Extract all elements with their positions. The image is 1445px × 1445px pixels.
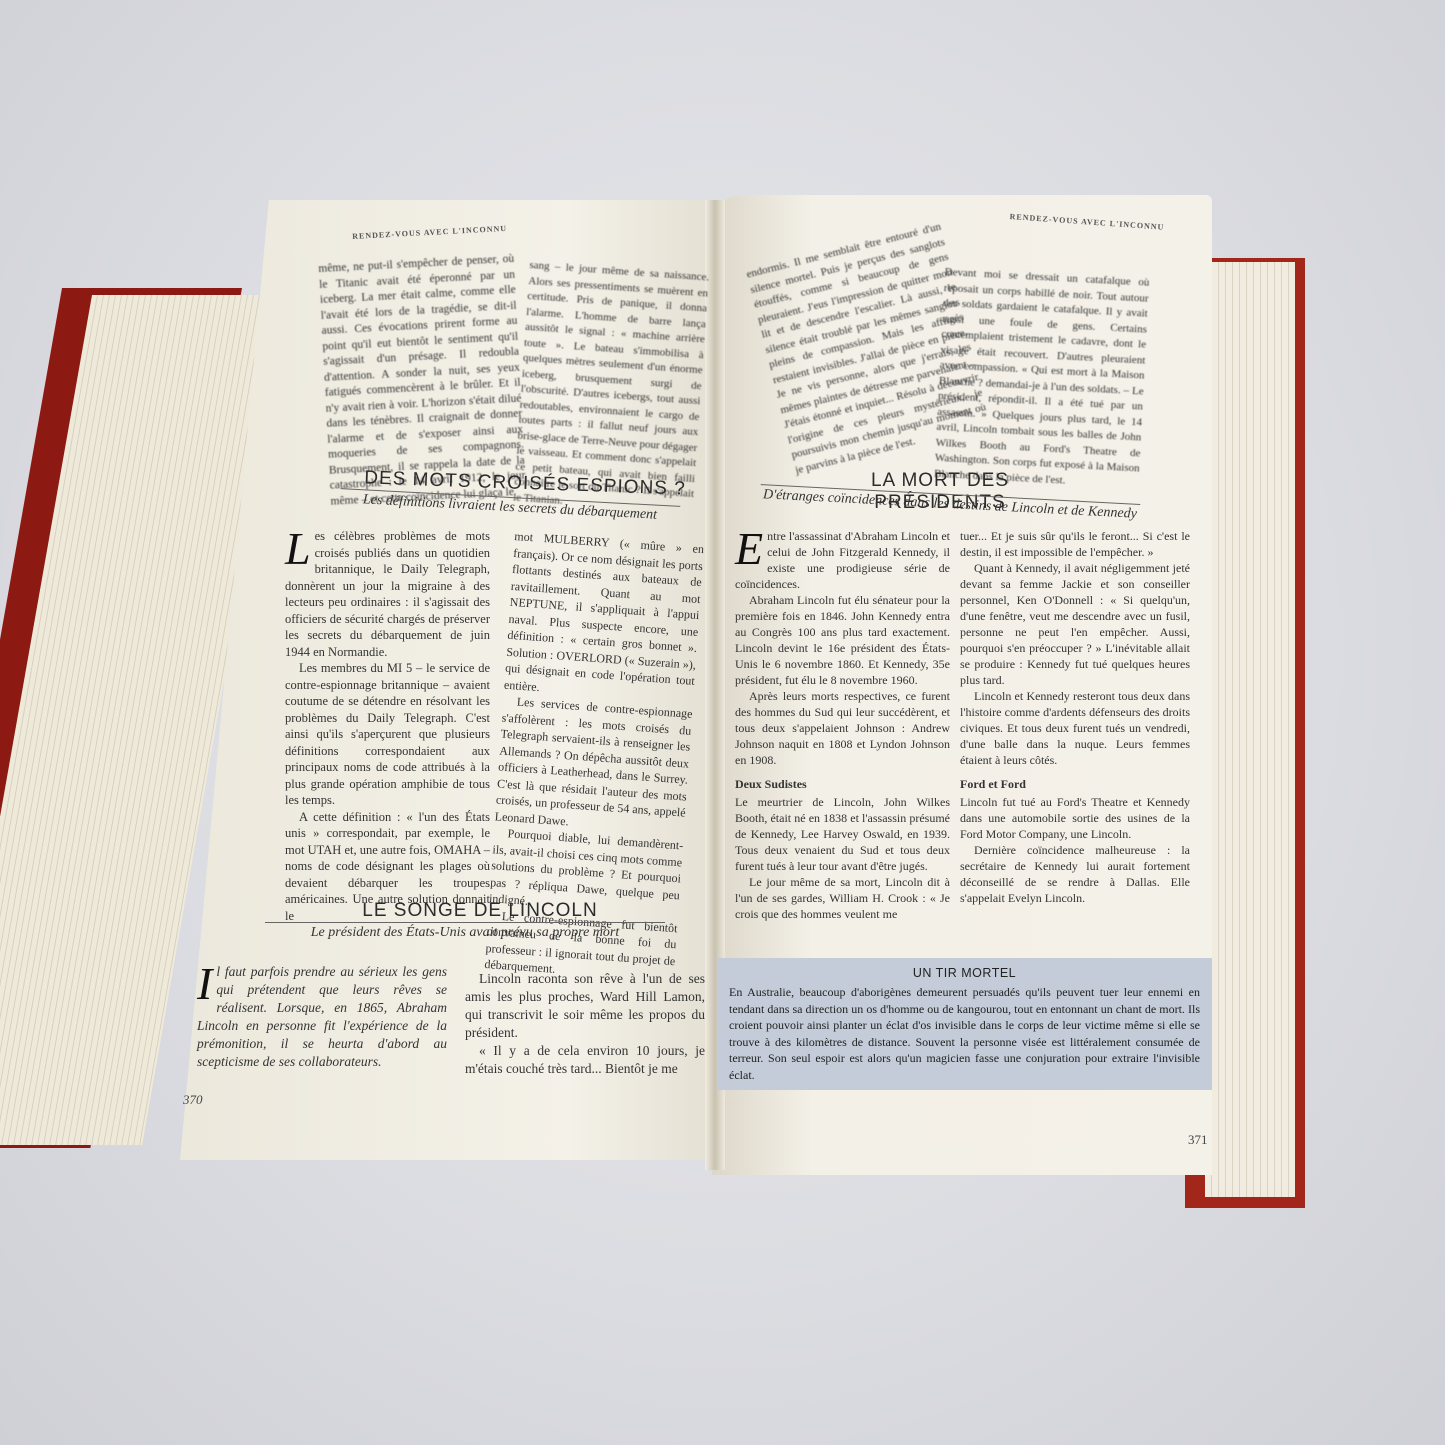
article-title-songe-lincoln: LE SONGE DE LINCOLN	[330, 900, 630, 922]
page-number-left: 370	[183, 1092, 203, 1108]
sidebar-title: UN TIR MORTEL	[729, 966, 1200, 980]
sidebar-text: En Australie, beaucoup d'aborigènes deme…	[729, 984, 1200, 1083]
page-stack-right	[1205, 262, 1295, 1197]
article-songe-column-1: I l faut parfois prendre au sérieux les …	[197, 963, 447, 1071]
article-songe-column-2: Lincoln raconta son rêve à l'un de ses a…	[465, 970, 705, 1078]
dropcap: E	[735, 530, 763, 568]
sidebar-box-un-tir-mortel: UN TIR MORTEL En Australie, beaucoup d'a…	[717, 958, 1212, 1090]
dropcap: I	[197, 965, 212, 1003]
article-subtitle-songe-lincoln: Le président des États-Unis avait prévu …	[265, 922, 665, 941]
article-presidents-column-1: E ntre l'assassinat d'Abraham Lincoln et…	[735, 528, 950, 922]
article-presidents-column-2: tuer... Et je suis sûr qu'ils le feront.…	[960, 528, 1190, 906]
article-mots-croises-column-1: L es célèbres problèmes de mots croisés …	[285, 528, 490, 924]
right-top-column-2: Devant moi se dressait un catafalque où …	[934, 265, 1150, 492]
dropcap: L	[285, 530, 311, 568]
subheading-deux-sudistes: Deux Sudistes	[735, 776, 950, 792]
page-number-right: 371	[1188, 1132, 1208, 1148]
subheading-ford-et-ford: Ford et Ford	[960, 776, 1190, 792]
